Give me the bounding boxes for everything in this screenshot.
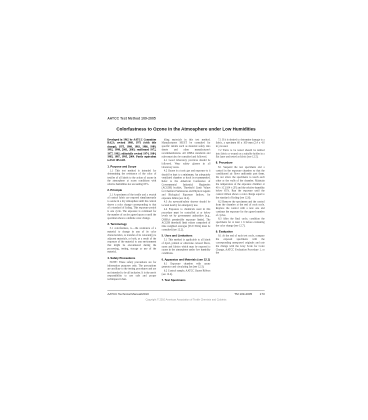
doc-method-header: AATCC Test Method 109-2005 [107,117,155,121]
footer-manual-ref: AATCC Technical Manual/2010 [107,292,148,295]
text-column: 7.1 If it is desired to determine damage… [216,138,265,289]
body-paragraph: 7.2 Yarns to be tested should be knitted… [216,149,265,159]
document-page-content: AATCC Test Method 109-2005 Colorfastness… [100,105,272,315]
footer-right-group: TM 109-2005 173 [234,292,264,295]
document-viewer-background: AATCC Test Method 109-2005 Colorfastness… [0,0,368,420]
body-paragraph: 8.2 Remove the specimens and the control… [216,200,265,217]
body-paragraph: 1.1 This test method is intended for det… [107,169,156,186]
body-paragraph: 2.1 A specimen of the textile and a swat… [107,193,156,220]
body-paragraph: 6.2 Control sample, AATCC Ozone Ribbon (… [162,269,211,276]
body-paragraph: NOTE: These safety precautions are for i… [107,261,156,281]
body-paragraph: 7.1 If it is desired to determine damage… [216,138,265,148]
text-column: Developed in 1962 by AATCC Committee RA2… [107,138,156,289]
body-paragraph: 6.1 Exposure chamber with ozone generato… [162,262,211,269]
document-page: AATCC Test Method 109-2005 Colorfastness… [100,105,272,315]
footer-page-number: 173 [260,292,265,295]
body-paragraph: 9.1 At the end of each test cycle, compa… [216,234,265,254]
footer-doc-ref: TM 109-2005 [234,292,252,295]
revision-history-note: Developed in 1962 by AATCC Committee RA2… [107,138,156,162]
section-heading: 2. Principle [107,188,156,192]
doc-footer: AATCC Technical Manual/2010 TM 109-2005 … [107,291,264,301]
body-paragraph: 4.1 Good laboratory practices should be … [162,159,211,169]
section-heading: 1. Purpose and Scope [107,165,156,169]
doc-title: Colorfastness to Ozone in the Atmosphere… [100,126,272,131]
section-heading: 3. Terminology [107,222,156,226]
body-paragraph: dling materials in this test method. Man… [162,138,211,158]
section-heading: 7. Test Specimens [162,278,211,282]
section-heading: 6. Apparatus and Materials (see 12.1) [162,258,211,262]
body-paragraph: 8.3 After the final cycle, condition the… [216,217,265,227]
body-paragraph: 4.3 An eyewash/safety shower should be l… [162,200,211,207]
body-paragraph: 5.1 This method is applicable to all kin… [162,238,211,255]
body-paragraph: 3.1 colorfastness, n.—the resistance of … [107,227,156,254]
section-heading: 8. Procedure [216,161,265,165]
body-paragraph: 8.1 Suspend the test specimens and a con… [216,166,265,200]
doc-columns: Developed in 1962 by AATCC Committee RA2… [107,138,264,289]
section-heading: 9. Evaluation [216,230,265,234]
footer-copyright: Copyright © 2010 American Association of… [107,298,264,301]
body-paragraph: 4.4 Exposure to chemicals used in this p… [162,208,211,232]
section-heading: 5. Uses and Limitations [162,234,211,238]
section-heading: 4. Safety Precautions [107,256,156,260]
footer-row: AATCC Technical Manual/2010 TM 109-2005 … [107,292,264,295]
text-column: dling materials in this test method. Man… [162,138,211,289]
body-paragraph: 4.2 Ozone is a toxic gas and exposure to… [162,169,211,199]
